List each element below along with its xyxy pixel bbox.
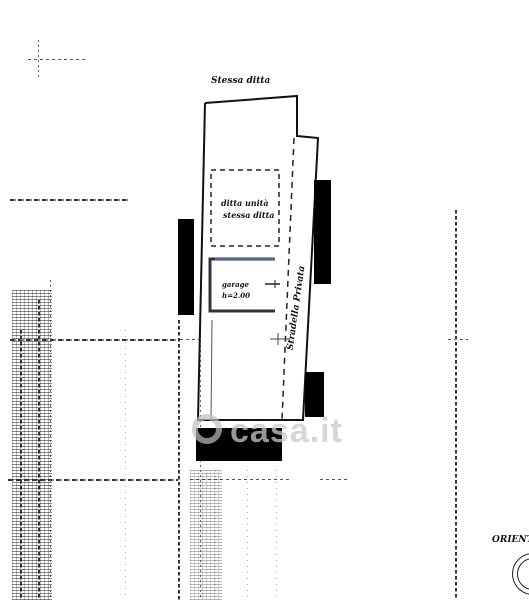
label-garage: garage	[222, 280, 249, 289]
label-stessa-ditta: Stessa ditta	[211, 76, 270, 86]
redaction-block	[178, 219, 194, 315]
casa-logo-icon	[192, 414, 222, 444]
watermark: casa.it	[188, 404, 358, 464]
label-inner-unit-line1: ditta unità	[221, 198, 269, 208]
watermark-text: casa.it	[230, 412, 343, 451]
floor-plan-drawing	[0, 0, 529, 600]
label-garage-height: h=2.00	[222, 291, 250, 300]
label-orientation: ORIENT	[492, 535, 529, 545]
redaction-block	[314, 180, 331, 284]
label-inner-unit-line2: stessa ditta	[223, 210, 274, 220]
